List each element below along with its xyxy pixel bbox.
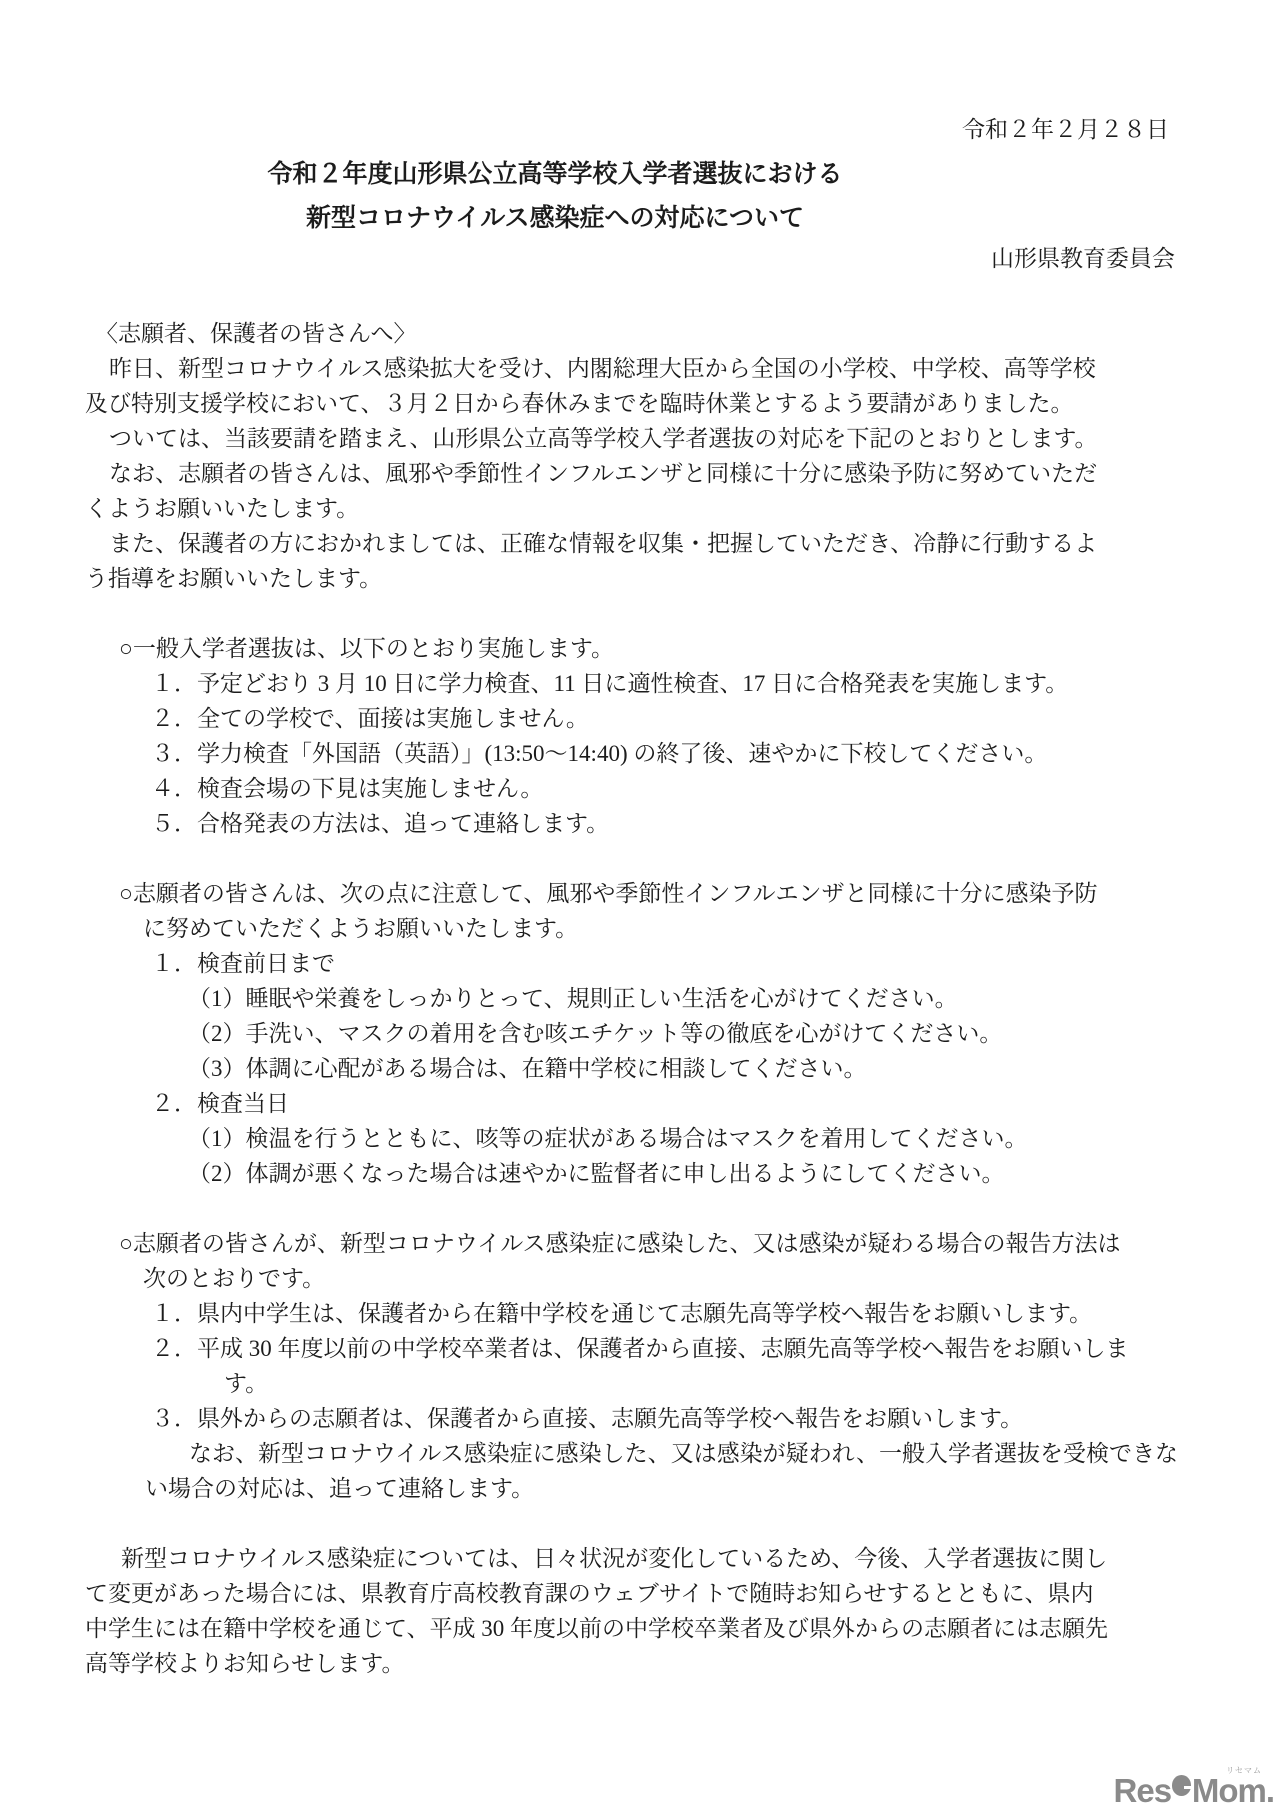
list-item: １．県内中学生は、保護者から在籍中学校を通じて志願先高等学校へ報告をお願いします… [85,1296,1195,1331]
section-heading-continuation: に努めていただくようお願いいたします。 [85,911,1195,946]
list-item: ３．県外からの志願者は、保護者から直接、志願先高等学校へ報告をお願いします。 [85,1401,1195,1436]
list-item: （1）睡眠や栄養をしっかりとって、規則正しい生活を心がけてください。 [85,981,1195,1016]
sub-list-label: ２．検査当日 [85,1086,1195,1121]
document-body: 令和２年２月２８日 令和２年度山形県公立高等学校入学者選抜における 新型コロナウ… [85,112,1195,1681]
list-item-continuation: す。 [85,1366,1195,1401]
infection-prevention-section: ○志願者の皆さんは、次の点に注意して、風邪や季節性インフルエンザと同様に十分に感… [85,876,1195,1191]
doc-line: う指導をお願いいたします。 [85,561,1195,596]
note-line: い場合の対応は、追って連絡します。 [85,1471,1195,1506]
section-heading: ○志願者の皆さんが、新型コロナウイルス感染症に感染した、又は感染が疑わる場合の報… [85,1226,1195,1261]
doc-line: くようお願いいたします。 [85,491,1195,526]
document-date: 令和２年２月２８日 [85,112,1195,147]
doc-line: て変更があった場合には、県教育庁高校教育課のウェブサイトで随時お知らせするととも… [85,1576,1195,1611]
list-item: （2）手洗い、マスクの着用を含む咳エチケット等の徹底を心がけてください。 [85,1016,1195,1051]
document-title-line2: 新型コロナウイルス感染症への対応について [85,197,1025,241]
resemom-logo-text-suffix: Mom. [1192,1772,1274,1809]
doc-line: ついては、当該要請を踏まえ、山形県公立高等学校入学者選抜の対応を下記のとおりとし… [85,421,1195,456]
section-heading-continuation: 次のとおりです。 [85,1261,1195,1296]
resemom-ruby-label: リセマム [1226,1767,1262,1775]
note-line: なお、新型コロナウイルス感染症に感染した、又は感染が疑われ、一般入学者選抜を受検… [85,1436,1195,1471]
list-item: ２．全ての学校で、面接は実施しません。 [85,701,1195,736]
list-item: ２．平成 30 年度以前の中学校卒業者は、保護者から直接、志願先高等学校へ報告を… [85,1331,1195,1366]
general-selection-section: ○一般入学者選抜は、以下のとおり実施します。 １．予定どおり 3 月 10 日に… [85,631,1195,841]
section-heading: ○志願者の皆さんは、次の点に注意して、風邪や季節性インフルエンザと同様に十分に感… [85,876,1195,911]
resemom-logo-blob-e: e [1172,1775,1192,1796]
doc-line: また、保護者の方におかれましては、正確な情報を収集・把握していただき、冷静に行動… [85,526,1195,561]
document-title-line1: 令和２年度山形県公立高等学校入学者選抜における [85,153,1025,197]
intro-section: 〈志願者、保護者の皆さんへ〉 昨日、新型コロナウイルス感染拡大を受け、内閣総理大… [85,316,1195,596]
sub-list-label: １．検査前日まで [85,946,1195,981]
doc-line: 中学生には在籍中学校を通じて、平成 30 年度以前の中学校卒業者及び県外からの志… [85,1611,1195,1646]
resemom-logo: リセマムReseMom. [1114,1774,1274,1807]
list-item: ３．学力検査「外国語（英語）」(13:50～14:40) の終了後、速やかに下校… [85,736,1195,771]
document-page: 令和２年２月２８日 令和２年度山形県公立高等学校入学者選抜における 新型コロナウ… [0,0,1280,1810]
doc-line: 及び特別支援学校において、３月２日から春休みまでを臨時休業とするよう要請がありま… [85,386,1195,421]
document-author: 山形県教育委員会 [85,241,1195,276]
list-item: （3）体調に心配がある場合は、在籍中学校に相談してください。 [85,1051,1195,1086]
section-heading: ○一般入学者選抜は、以下のとおり実施します。 [85,631,1195,666]
doc-line: 新型コロナウイルス感染症については、日々状況が変化しているため、今後、入学者選抜… [85,1541,1195,1576]
list-item: １．予定どおり 3 月 10 日に学力検査、11 日に適性検査、17 日に合格発… [85,666,1195,701]
list-item: ５．合格発表の方法は、追って連絡します。 [85,806,1195,841]
doc-line: なお、志願者の皆さんは、風邪や季節性インフルエンザと同様に十分に感染予防に努めて… [85,456,1195,491]
list-item: （2）体調が悪くなった場合は速やかに監督者に申し出るようにしてください。 [85,1156,1195,1191]
doc-line: 昨日、新型コロナウイルス感染拡大を受け、内閣総理大臣から全国の小学校、中学校、高… [85,351,1195,386]
salutation-line: 〈志願者、保護者の皆さんへ〉 [85,316,1195,351]
resemom-logo-text-prefix: Res [1114,1772,1172,1809]
closing-section: 新型コロナウイルス感染症については、日々状況が変化しているため、今後、入学者選抜… [85,1541,1195,1681]
list-item: （1）検温を行うとともに、咳等の症状がある場合はマスクを着用してください。 [85,1121,1195,1156]
doc-line: 高等学校よりお知らせします。 [85,1646,1195,1681]
infection-report-section: ○志願者の皆さんが、新型コロナウイルス感染症に感染した、又は感染が疑わる場合の報… [85,1226,1195,1506]
list-item: ４．検査会場の下見は実施しません。 [85,771,1195,806]
